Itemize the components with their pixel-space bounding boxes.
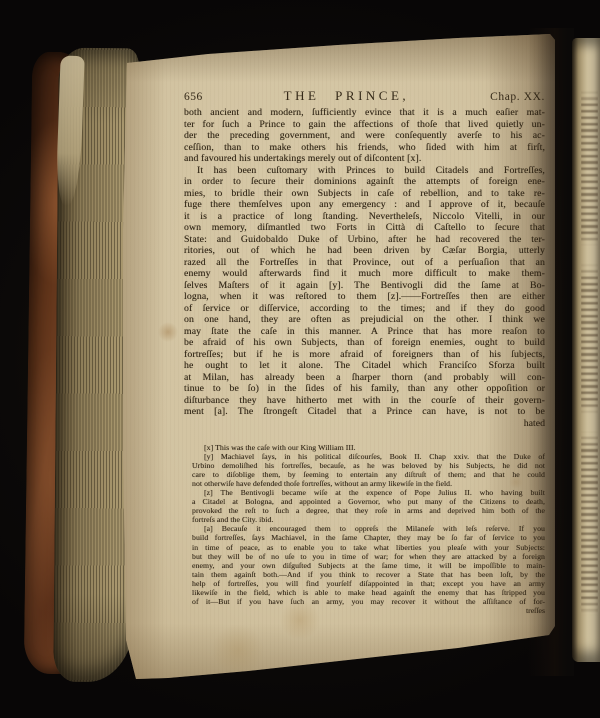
footnote-line: but they will be of no uſe to you in tim…	[192, 552, 545, 561]
text-line: logna, when it was reſtored to them [z].…	[184, 291, 545, 303]
footnote-line: in time of peace, as to enable you to ta…	[192, 543, 545, 552]
text-line: mies, to bridle their own Subjects in ca…	[184, 188, 545, 200]
text-line: ment [a]. The ſtrongeſt Citadel that a P…	[184, 406, 545, 418]
footnote-line: build fortreſſes, ſays Machiavel, in the…	[192, 533, 545, 542]
text-line: in order to ſecure their dominions again…	[184, 176, 545, 188]
footnotes: [x] This was the caſe with our King Will…	[184, 443, 545, 607]
running-title: THE PRINCE,	[203, 88, 490, 104]
text-line: of ſervice or diſſervice, according to t…	[184, 303, 545, 315]
chapter-label: Chap. XX.	[490, 91, 545, 103]
footnote-line: [y] Machiavel ſays, in his political diſ…	[192, 452, 545, 461]
page-number: 656	[184, 91, 203, 103]
page-content: 656 THE PRINCE, Chap. XX. both ancient a…	[184, 88, 545, 615]
body-text: both ancient and modern, ſufficiently ev…	[184, 107, 545, 418]
text-line: may ſtate the caſe in this manner. A Pri…	[184, 326, 545, 338]
text-line: and favoured his undertakings merely out…	[184, 153, 545, 165]
text-line: at Milan, has already been a ſharper tho…	[184, 372, 545, 384]
text-line: tinue to be ſo) in the ſides of his fami…	[184, 383, 545, 395]
text-line: der the preceding government, and were c…	[184, 130, 545, 142]
text-line: both ancient and modern, ſufficiently ev…	[184, 107, 545, 119]
text-line: own memory, diſmantled two Forts in Citt…	[184, 222, 545, 234]
text-line: he ought to let it alone. The Citadel wh…	[184, 360, 545, 372]
text-line: fortreſſes; but if he is more afraid of …	[184, 349, 545, 361]
text-line: ceſſion, than to make others his friends…	[184, 142, 545, 154]
body-catchword: hated	[184, 418, 545, 429]
footnote-line: provoked the reſt to ſuch a degree, that…	[192, 506, 545, 515]
book-page: 656 THE PRINCE, Chap. XX. both ancient a…	[118, 30, 555, 682]
footnote-line: [x] This was the caſe with our King Will…	[192, 443, 545, 452]
footnote-line: not otherwiſe have defended thoſe fortre…	[192, 479, 545, 488]
text-line: it is a practice of long ſtanding. Never…	[184, 211, 545, 223]
footnote-line: [z] The Bentivogli became wiſe at the ex…	[192, 488, 545, 497]
footnote-line: help of fortreſſes, you will find yourſe…	[192, 579, 545, 588]
footnote-line: enemy, and your own diſguſted Subjects a…	[192, 561, 545, 570]
text-line: ter for ſuch a Prince to gain the affect…	[184, 119, 545, 131]
text-line: on one hand, they are often as prejudici…	[184, 314, 545, 326]
text-line: It has been cuſtomary with Princes to bu…	[184, 165, 545, 177]
text-line: enemy would afterwards find it much more…	[184, 268, 545, 280]
footnote-line: of it—But if you have ſuch an army, you …	[192, 597, 545, 606]
facing-page-edge	[572, 38, 600, 662]
footnote-line: care to diſoblige them, by ſeeming to en…	[192, 470, 545, 479]
text-line: fuge there themſelves upon any emergency…	[184, 199, 545, 211]
text-line: be afraid of his own Subjects, than of f…	[184, 337, 545, 349]
footnote-line: Urbino demoliſhed his fortreſſes, becauſ…	[192, 461, 545, 470]
text-line: razed all the Fortreſſes in that Provinc…	[184, 257, 545, 269]
page-header: 656 THE PRINCE, Chap. XX.	[184, 88, 545, 103]
photo-background: 656 THE PRINCE, Chap. XX. both ancient a…	[0, 0, 600, 718]
text-line: ſelves Maſters of it again [y]. The Bent…	[184, 280, 545, 292]
page-catchword: treſſes	[184, 606, 545, 615]
text-line: diſturbance they have hitherto met with …	[184, 395, 545, 407]
footnote-line: likewiſe in the field, which is able to …	[192, 588, 545, 597]
text-line: State: and Guidobaldo Duke of Urbino, af…	[184, 234, 545, 246]
facing-page-blurred-text	[581, 78, 598, 638]
footnote-line: [a] Becauſe it encouraged them to oppreſ…	[192, 524, 545, 533]
footnote-line: a Citadel at Bologna, and appointed a Go…	[192, 497, 545, 506]
footnote-line: tain them againſt both.—And if you think…	[192, 570, 545, 579]
footnote-line: fortreſs and the City. ibid.	[192, 515, 545, 524]
text-line: ritories, out of which he had been drive…	[184, 245, 545, 257]
